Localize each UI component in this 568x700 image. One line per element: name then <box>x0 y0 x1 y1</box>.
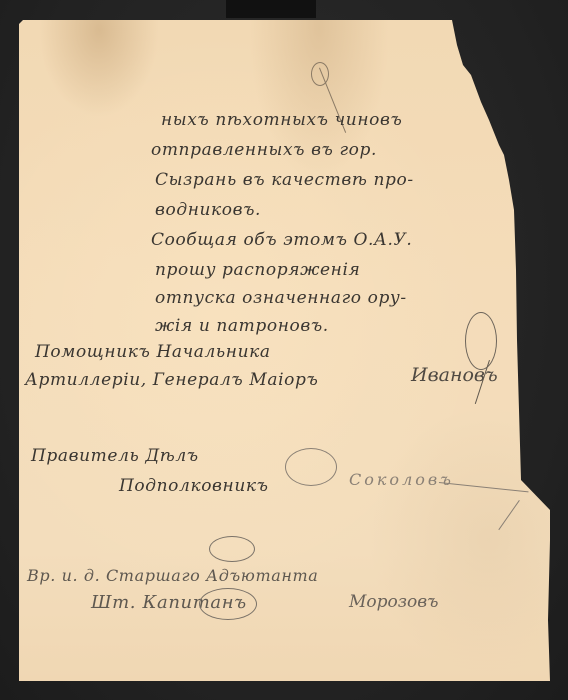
sig1-title-line-1: Помощникъ Начальника <box>35 342 271 362</box>
body-line-5: Сообщая объ этомъ О.А.У. <box>151 230 412 250</box>
body-line-8: жія и патроновъ. <box>155 316 329 336</box>
body-line-4: водниковъ. <box>155 200 261 220</box>
body-line-1: ныхъ пѣхотныхъ чиновъ <box>161 110 402 130</box>
document-paper: ныхъ пѣхотныхъ чиновъ отправленныхъ въ г… <box>19 20 550 681</box>
sig2-tail-down <box>498 500 519 530</box>
body-line-6: прошу распоряженія <box>155 260 360 280</box>
body-line-3: Сызрань въ качествѣ про- <box>155 170 414 190</box>
sig2-title-line-1: Правитель Дѣлъ <box>31 446 199 466</box>
scan-top-marker <box>226 0 316 18</box>
sig3-title-line-1: Вр. и. д. Старшаго Адъютанта <box>27 566 318 585</box>
sig2-title-line-2: Подполковникъ <box>119 476 269 496</box>
body-line-7: отпуска означеннаго ору- <box>155 288 407 308</box>
pencil-loop-mark <box>311 62 329 86</box>
sig3-signature: Морозовъ <box>349 592 439 612</box>
sig3-flourish-top <box>209 536 255 562</box>
body-line-2: отправленныхъ въ гор. <box>151 140 377 160</box>
sig3-flourish-bottom <box>199 588 257 620</box>
sig2-flourish <box>285 448 337 486</box>
sig1-flourish <box>465 312 497 370</box>
sig2-signature: Соколовъ <box>349 470 454 489</box>
sig1-title-line-2: Артиллеріи, Генералъ Маіоръ <box>25 370 318 390</box>
document-scan: ныхъ пѣхотныхъ чиновъ отправленныхъ въ г… <box>0 0 568 700</box>
